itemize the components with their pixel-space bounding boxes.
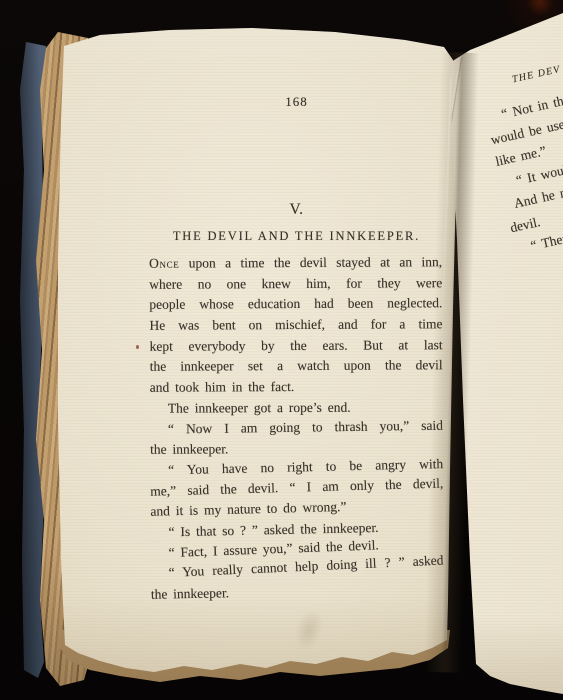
chapter-number: V. [150,201,443,219]
right-page-text: THE DEV “ Not in the would be usel like … [478,30,563,261]
page-number: 168 [150,94,443,110]
body-line: where no one knew him, for they were [149,273,442,295]
book-photo-scene: 168 V. THE DEVIL AND THE INNKEEPER. Once… [0,0,563,700]
body-line: Once upon a time the devil stayed at an … [149,252,442,274]
paper-speck [136,345,139,349]
running-header: THE DEV [511,30,563,85]
small-caps-opening-word: Once [149,256,179,271]
body-line-text: upon a time the devil stayed at an inn, [179,254,442,270]
body-line: the innkeeper. [151,579,444,605]
body-line: He was bent on mischief, and for a time [149,314,442,336]
chapter-title: THE DEVIL AND THE INNKEEPER. [150,229,443,244]
body-line: the innkeeper set a watch upon the devil [150,356,443,378]
body-line: and took him in the fact. [150,376,443,398]
body-line: people whose education had been neglecte… [149,294,442,316]
body-line: “ Now I am going to thrash you,” said [150,415,443,440]
left-page-body-text: Once upon a time the devil stayed at an … [149,252,444,605]
body-line: kept everybody by the ears. But at last [150,335,443,357]
